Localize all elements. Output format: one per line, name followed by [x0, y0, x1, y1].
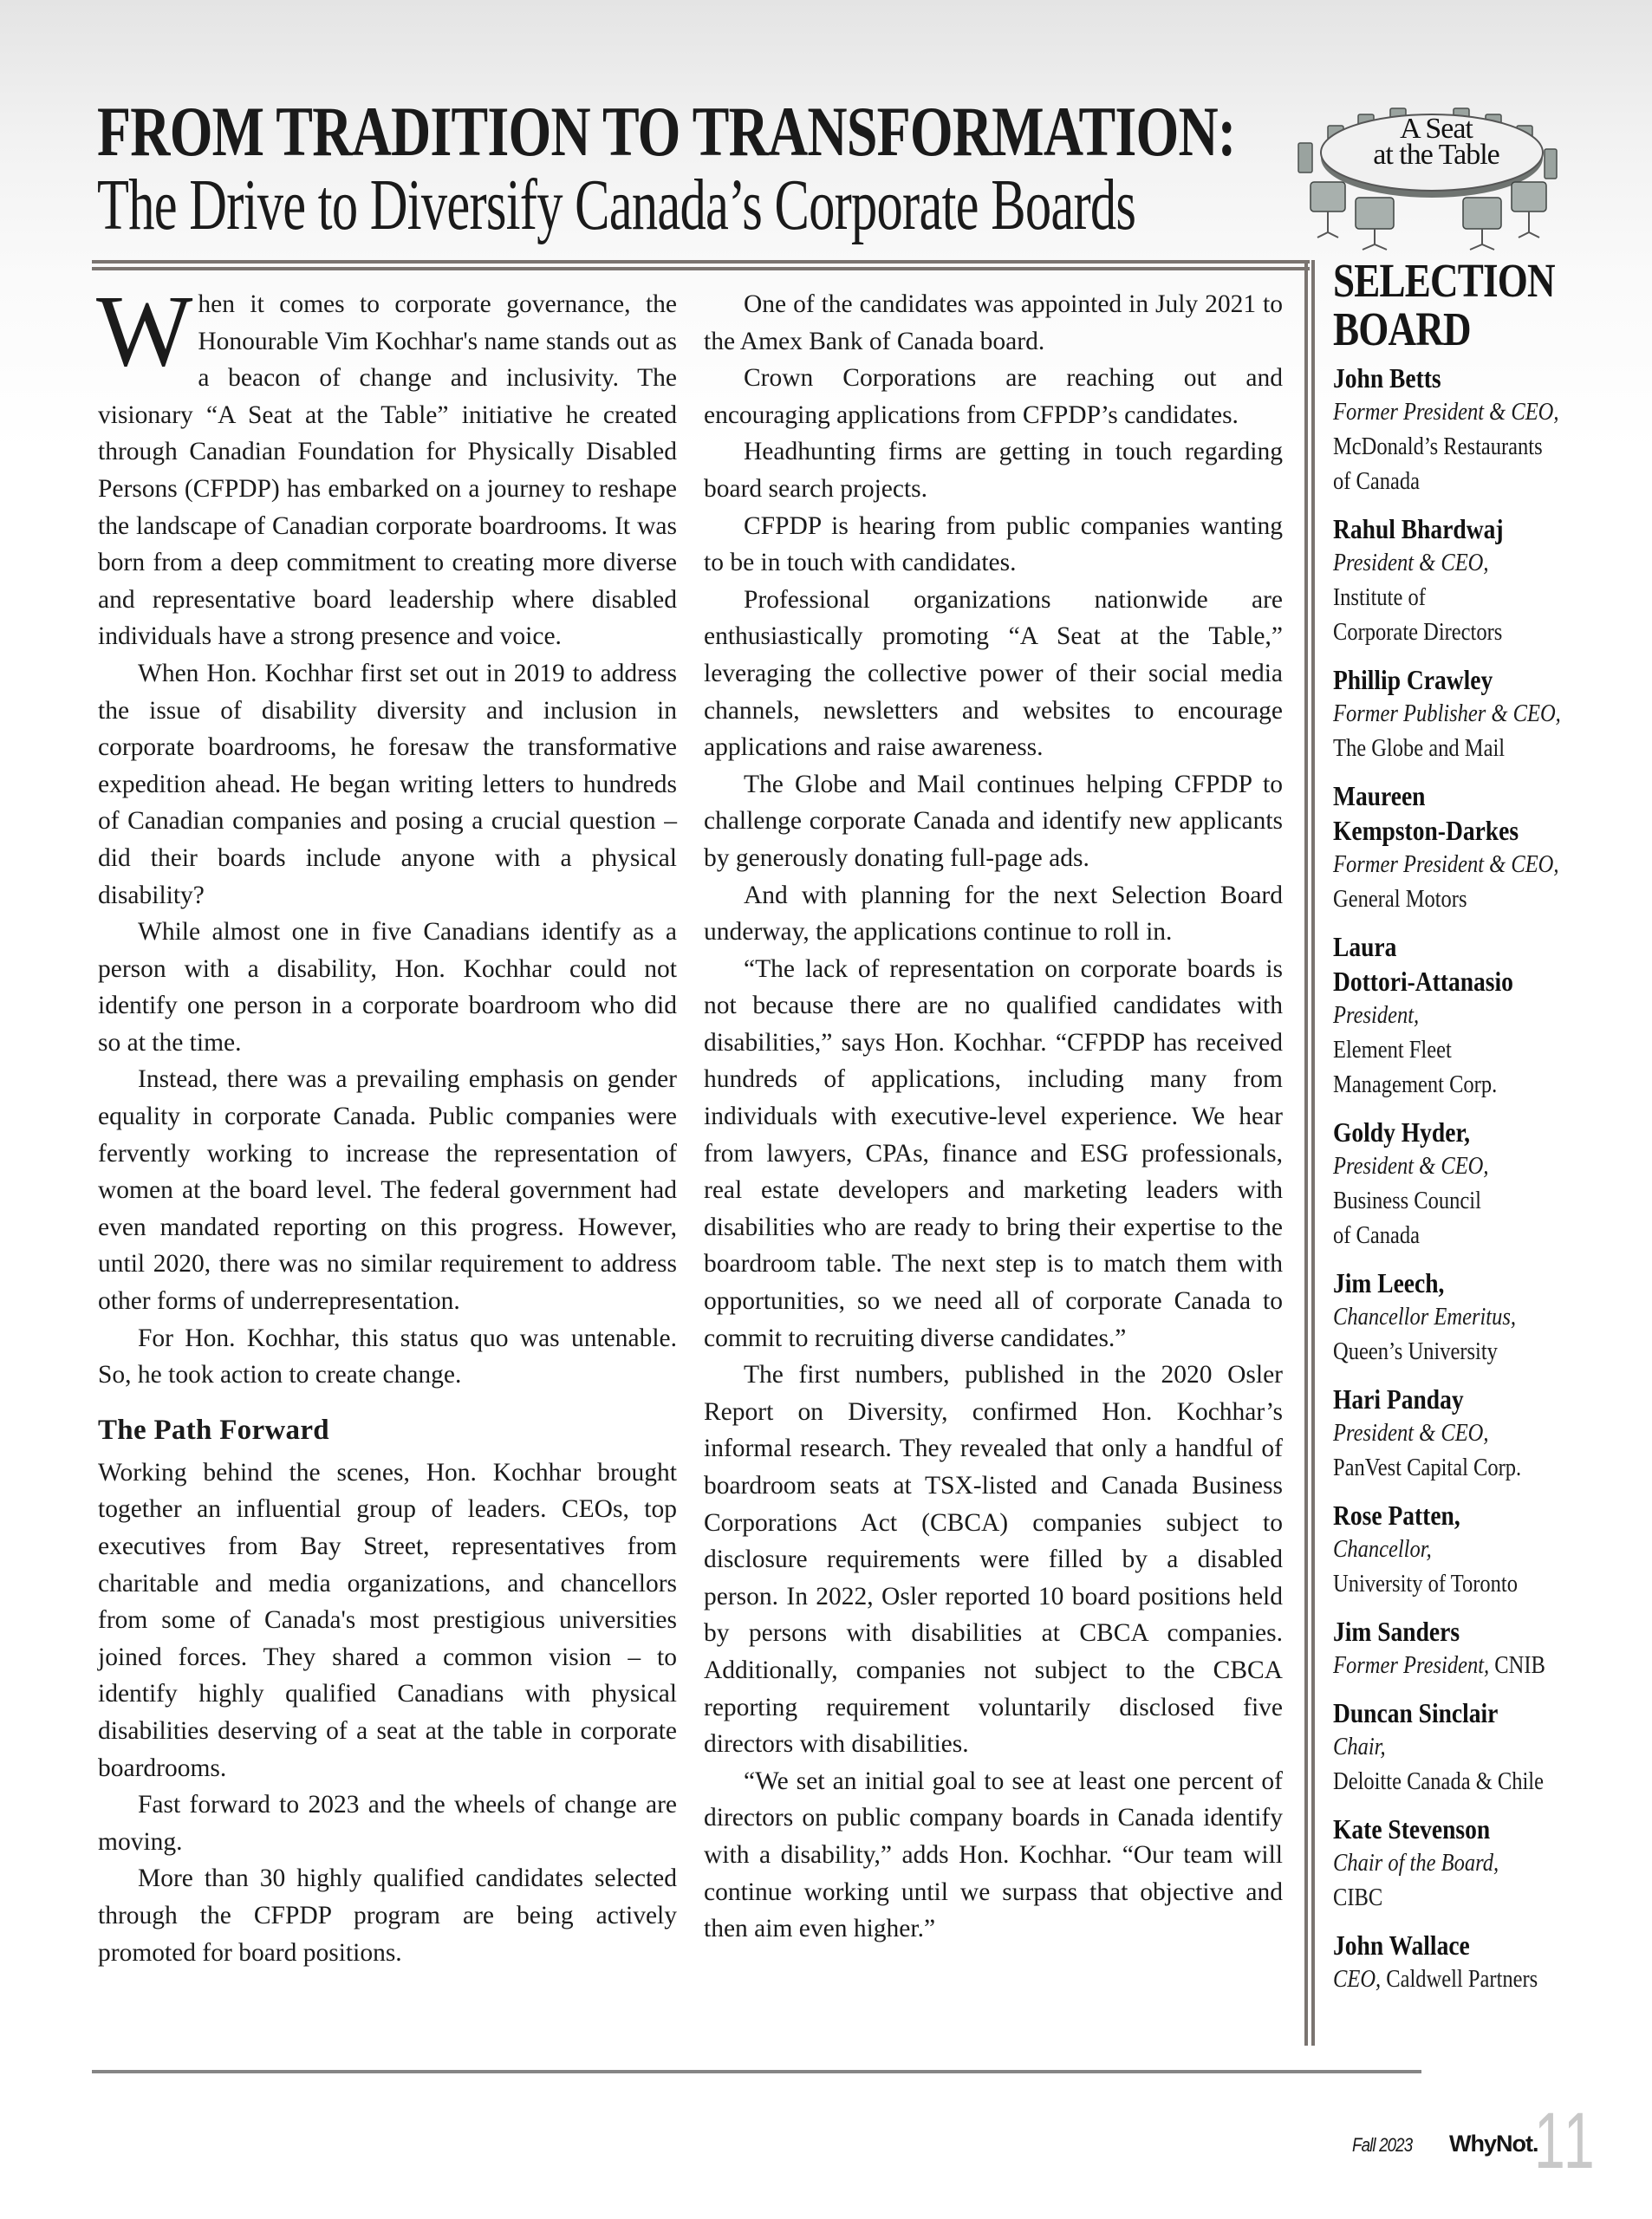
board-member: Jim Sanders Former President, CNIB: [1333, 1614, 1645, 1683]
board-member: Hari Panday President & CEO, PanVest Cap…: [1333, 1382, 1645, 1486]
seat-at-the-table-logo: A Seat at the Table: [1293, 95, 1571, 251]
paragraph: “The lack of representation on corporate…: [704, 951, 1283, 1357]
section-heading: The Path Forward: [98, 1413, 677, 1448]
paragraph: The first numbers, published in the 2020…: [704, 1357, 1283, 1763]
footer-divider: [92, 2070, 1421, 2073]
logo-text: A Seat at the Table: [1363, 116, 1510, 168]
issue-label: Fall 2023: [1352, 2134, 1412, 2157]
member-name: Jim Leech,: [1333, 1266, 1602, 1300]
paragraph: CFPDP is hearing from public companies w…: [704, 508, 1283, 582]
member-org: The Globe and Mail: [1333, 732, 1602, 766]
board-member: Rose Patten, Chancellor, University of T…: [1333, 1498, 1645, 1602]
member-role: President,: [1333, 1002, 1419, 1029]
member-org: Corporate Directors: [1333, 615, 1602, 650]
board-member: John Betts Former President & CEO, McDon…: [1333, 361, 1645, 499]
board-member: Duncan Sinclair Chair, Deloitte Canada &…: [1333, 1695, 1645, 1799]
member-org: PanVest Capital Corp.: [1333, 1451, 1602, 1486]
paragraph: Fast forward to 2023 and the wheels of c…: [98, 1786, 677, 1860]
member-name: John Betts: [1333, 361, 1602, 395]
member-role: Former President,: [1333, 1652, 1489, 1679]
paragraph: And with planning for the next Selection…: [704, 877, 1283, 951]
paragraph: “We set an initial goal to see at least …: [704, 1763, 1283, 1948]
member-org: of Canada: [1333, 1219, 1602, 1253]
member-role: Chancellor,: [1333, 1536, 1432, 1563]
member-name: John Wallace: [1333, 1928, 1602, 1962]
member-role: President & CEO,: [1333, 1420, 1488, 1447]
page-footer: Fall 2023 WhyNot. 11: [1352, 2089, 1647, 2184]
board-member: Goldy Hyder, President & CEO, Business C…: [1333, 1115, 1645, 1253]
member-role: CEO,: [1333, 1966, 1381, 1993]
drop-cap: W: [96, 291, 192, 371]
member-role: Chancellor Emeritus,: [1333, 1304, 1516, 1331]
member-org: CIBC: [1333, 1881, 1602, 1916]
article-column-1: When it comes to corporate governance, t…: [98, 286, 677, 1971]
header-divider: [92, 260, 1310, 270]
paragraph: The Globe and Mail continues helping CFP…: [704, 766, 1283, 877]
member-role: President & CEO,: [1333, 550, 1488, 576]
board-member: Laura Dottori-Attanasio President, Eleme…: [1333, 929, 1645, 1103]
paragraph: Crown Corporations are reaching out and …: [704, 360, 1283, 433]
paragraph: When it comes to corporate governance, t…: [98, 286, 677, 655]
paragraph: When Hon. Kochhar first set out in 2019 …: [98, 655, 677, 914]
member-role: Chair of the Board,: [1333, 1850, 1499, 1877]
member-name: Laura: [1333, 929, 1602, 964]
member-name: Rose Patten,: [1333, 1498, 1602, 1532]
member-org: Queen’s University: [1333, 1335, 1602, 1370]
member-org: McDonald’s Restaurants: [1333, 430, 1602, 465]
member-org: University of Toronto: [1333, 1567, 1602, 1602]
member-org: Management Corp.: [1333, 1068, 1602, 1103]
member-role: President & CEO,: [1333, 1153, 1488, 1180]
member-role: Former President & CEO,: [1333, 851, 1559, 878]
selection-board-sidebar: SELECTION BOARD John Betts Former Presid…: [1333, 257, 1645, 2009]
member-name: Goldy Hyder,: [1333, 1115, 1602, 1149]
article-column-2: One of the candidates was appointed in J…: [704, 286, 1283, 1948]
member-org: Element Fleet: [1333, 1033, 1602, 1068]
magazine-brand: WhyNot.: [1449, 2131, 1538, 2157]
member-org: Deloitte Canada & Chile: [1333, 1765, 1602, 1799]
board-member: Kate Stevenson Chair of the Board, CIBC: [1333, 1812, 1645, 1916]
member-role: Former Publisher & CEO,: [1333, 700, 1561, 727]
member-org: CNIB: [1489, 1652, 1545, 1679]
member-org: Business Council: [1333, 1184, 1602, 1219]
paragraph: Instead, there was a prevailing emphasis…: [98, 1061, 677, 1319]
sidebar-title: SELECTION BOARD: [1333, 257, 1589, 354]
member-org: Caldwell Partners: [1381, 1966, 1538, 1993]
member-name: Duncan Sinclair: [1333, 1695, 1602, 1730]
member-name: Jim Sanders: [1333, 1614, 1602, 1649]
board-member: Rahul Bhardwaj President & CEO, Institut…: [1333, 511, 1645, 650]
paragraph: Headhunting firms are getting in touch r…: [704, 433, 1283, 507]
paragraph: Professional organizations nationwide ar…: [704, 582, 1283, 766]
member-org: General Motors: [1333, 882, 1602, 917]
paragraph: More than 30 highly qualified candidates…: [98, 1860, 677, 1971]
paragraph: Working behind the scenes, Hon. Kochhar …: [98, 1454, 677, 1786]
headline-title: FROM TRADITION TO TRANSFORMATION:: [97, 97, 1044, 166]
member-name: Rahul Bhardwaj: [1333, 511, 1602, 546]
page-number: 11: [1534, 2101, 1597, 2181]
board-member: Jim Leech, Chancellor Emeritus, Queen’s …: [1333, 1266, 1645, 1370]
article-headline: FROM TRADITION TO TRANSFORMATION: The Dr…: [97, 97, 1311, 243]
paragraph: One of the candidates was appointed in J…: [704, 286, 1283, 360]
member-name: Phillip Crawley: [1333, 662, 1602, 697]
board-member: Phillip Crawley Former Publisher & CEO, …: [1333, 662, 1645, 766]
paragraph: For Hon. Kochhar, this status quo was un…: [98, 1320, 677, 1394]
member-org: of Canada: [1333, 465, 1602, 499]
member-name: Hari Panday: [1333, 1382, 1602, 1416]
member-role: Chair,: [1333, 1734, 1386, 1760]
member-role: Former President & CEO,: [1333, 399, 1559, 426]
board-member: Maureen Kempston-Darkes Former President…: [1333, 778, 1645, 917]
member-name: Kempston-Darkes: [1333, 813, 1602, 848]
member-name: Maureen: [1333, 778, 1602, 813]
headline-subtitle: The Drive to Diversify Canada’s Corporat…: [97, 168, 971, 243]
member-name: Kate Stevenson: [1333, 1812, 1602, 1846]
member-org: Institute of: [1333, 581, 1602, 615]
board-member: John Wallace CEO, Caldwell Partners: [1333, 1928, 1645, 1997]
member-name: Dottori-Attanasio: [1333, 964, 1602, 999]
paragraph: While almost one in five Canadians ident…: [98, 914, 677, 1061]
sidebar-divider: [1304, 260, 1315, 2046]
